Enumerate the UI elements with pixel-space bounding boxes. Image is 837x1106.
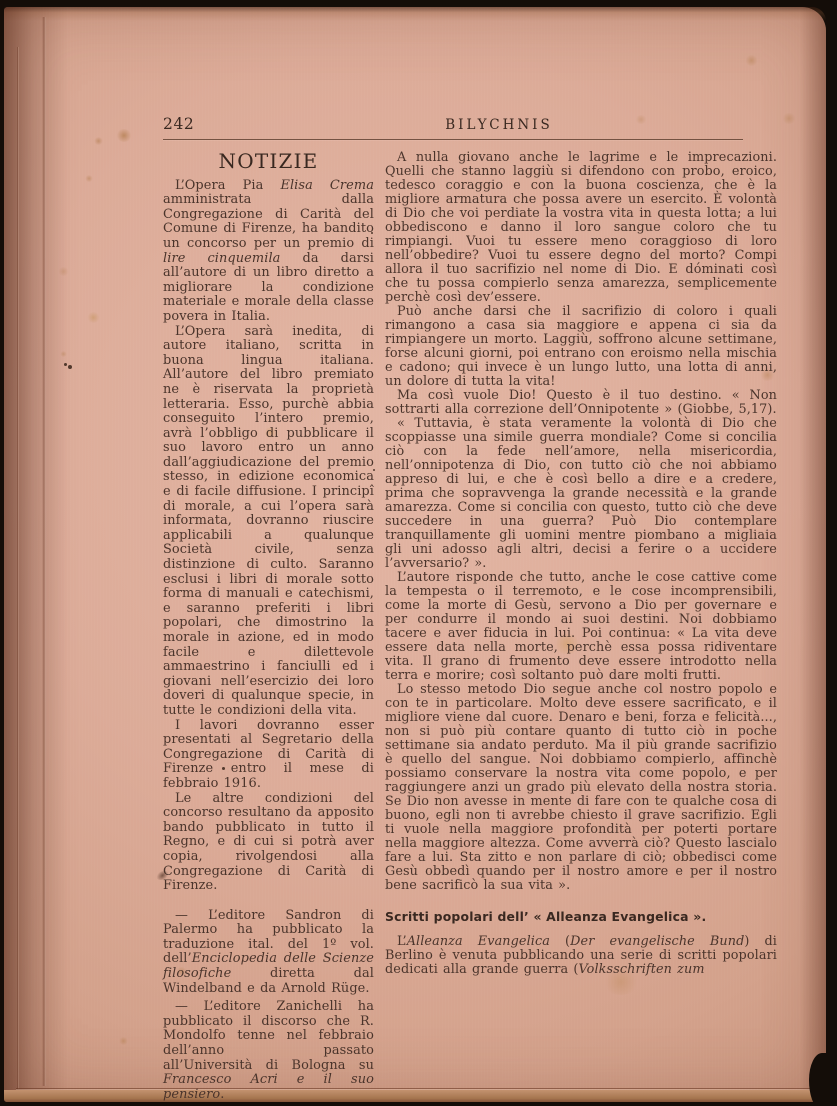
text-columns: NOTIZIE L’Opera Pia Elisa Crema amminist… (163, 151, 777, 1102)
text: — L’editore Zanichelli ha pubblicato il … (163, 999, 374, 1072)
left-column-paragraphs: L’Opera Pia Elisa Crema amministrata dal… (163, 179, 374, 1103)
scan-background: { "colors": { "background": "#140d08", "… (0, 0, 837, 1106)
stain (87, 312, 100, 323)
journal-title: BILYCHNIS (163, 117, 777, 133)
text: L’Opera sarà inedita, di autore italiano… (163, 324, 374, 718)
paragraph: Può anche darsi che il sacrifizio di col… (385, 305, 777, 389)
page-top-edge (4, 7, 826, 21)
paragraph: L’Opera sarà inedita, di autore italiano… (163, 325, 374, 719)
paragraph: — L’editore Zanichelli ha pubblicato il … (163, 1000, 374, 1102)
right-edge-shadow (800, 7, 826, 1102)
stain (119, 1037, 128, 1045)
paragraph: I lavori dovranno esser presentati al Se… (163, 719, 374, 792)
page-header: 242 BILYCHNIS (163, 111, 777, 135)
text: Ma così vuole Dio! Questo è il tuo desti… (385, 388, 777, 417)
italic-text: Der evangelische Bund (570, 934, 744, 949)
text: A nulla giovano anche le lagrime e le im… (385, 150, 777, 305)
paragraph: L’autore risponde che tutto, anche le co… (385, 571, 777, 683)
text: . (220, 1087, 224, 1102)
italic-text: Alleanza Evangelica (407, 934, 550, 949)
stain (745, 55, 758, 66)
italic-text: Volksschriften zum (579, 962, 705, 977)
text: amministrata dalla Congregazione di Cari… (163, 192, 374, 251)
paragraph: Lo stesso metodo Dio segue anche col nos… (385, 683, 777, 893)
printed-content: 242 BILYCHNIS NOTIZIE L’Opera Pia Elisa … (163, 111, 777, 1102)
text: I lavori dovranno esser presentati al Se… (163, 718, 374, 791)
italic-text: Francesco Acri e il suo pensiero (163, 1072, 374, 1102)
paragraph: Le altre condizioni del concorso resulta… (163, 792, 374, 894)
spine-shadow (4, 7, 68, 1102)
text: ( (550, 934, 570, 949)
right-column-paragraphs-top: A nulla giovano anche le lagrime e le im… (385, 151, 777, 893)
stain (782, 113, 796, 124)
scanned-page: 242 BILYCHNIS NOTIZIE L’Opera Pia Elisa … (4, 7, 826, 1102)
paragraph: L’Alleanza Evangelica (Der evangelische … (385, 935, 777, 977)
spine-crease (42, 17, 46, 1086)
stain (60, 351, 67, 357)
italic-text: Elisa Crema (280, 178, 374, 193)
paragraph: — L’editore Sandron di Palermo ha pubbli… (163, 909, 374, 997)
stain (116, 129, 132, 142)
speck (68, 365, 72, 369)
text: Può anche darsi che il sacrifizio di col… (385, 304, 777, 389)
text: Le altre condizioni del concorso resulta… (163, 791, 374, 894)
left-column: NOTIZIE L’Opera Pia Elisa Crema amminist… (163, 151, 374, 1102)
text: « Tuttavia, è stata veramente la volontà… (385, 416, 777, 571)
section-heading-alleanza: Scritti popolari dell’ « Alleanza Evange… (385, 910, 777, 924)
stain (94, 137, 103, 145)
section-title-notizie: NOTIZIE (163, 154, 374, 169)
text: L’ (397, 934, 407, 949)
header-rule (163, 139, 743, 140)
stain (85, 175, 93, 182)
stain (58, 267, 69, 276)
paragraph: A nulla giovano anche le lagrime e le im… (385, 151, 777, 305)
paragraph: Ma così vuole Dio! Questo è il tuo desti… (385, 389, 777, 417)
text: L’autore risponde che tutto, anche le co… (385, 570, 777, 683)
paragraph: L’Opera Pia Elisa Crema amministrata dal… (163, 179, 374, 325)
torn-notch (809, 1053, 831, 1106)
italic-text: lire cinquemila (163, 251, 280, 266)
speck (64, 363, 67, 366)
text: Lo stesso metodo Dio segue anche col nos… (385, 682, 777, 893)
paragraph: « Tuttavia, è stata veramente la volontà… (385, 417, 777, 571)
left-crease-line (17, 47, 18, 1089)
text: L’Opera Pia (175, 178, 280, 193)
right-column: A nulla giovano anche le lagrime e le im… (385, 151, 777, 1102)
right-column-paragraphs-bottom: L’Alleanza Evangelica (Der evangelische … (385, 935, 777, 977)
